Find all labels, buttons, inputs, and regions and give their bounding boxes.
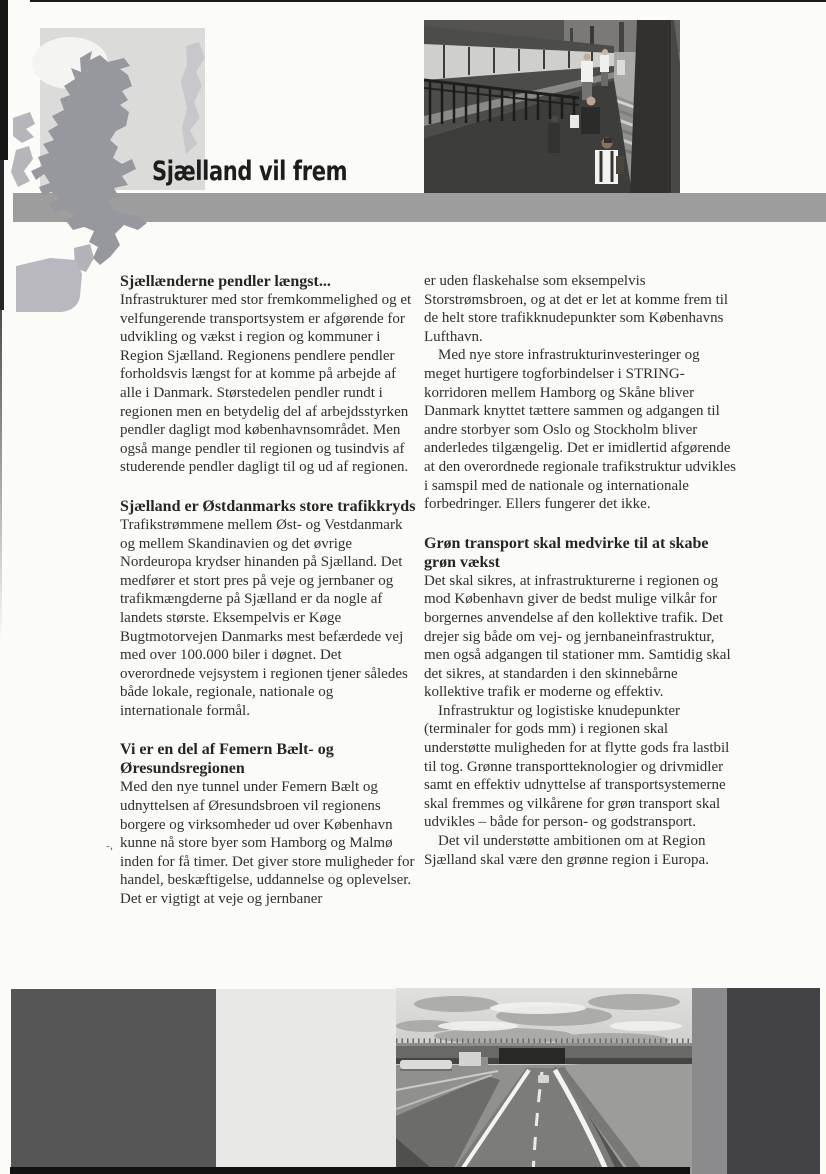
footer-medium-column — [692, 988, 727, 1174]
text-column-right: er uden flaskehalse som eksempelvis Stor… — [424, 272, 738, 889]
margin-scan-artifact: -, — [105, 840, 113, 853]
section-heading: Sjælland er Østdanmarks store trafikkryd… — [120, 497, 416, 516]
scan-mark-left-edge — [0, 310, 2, 640]
paragraph: Infrastruktur og logistiske knudepunkter… — [424, 702, 738, 832]
text-section: er uden flaskehalse som eksempelvis Stor… — [424, 272, 738, 514]
page-title: Sjælland vil frem — [152, 156, 347, 187]
section-heading: Vi er en del af Femern Bælt- og Øresunds… — [120, 740, 416, 778]
footer-light-block — [216, 989, 396, 1174]
paragraph: Med den nye tunnel under Femern Bælt og … — [120, 778, 416, 908]
section-heading: Sjællænderne pendler længst... — [120, 272, 416, 291]
paragraph: Infrastrukturer med stor fremkommelighed… — [120, 291, 416, 477]
train-platform-photo — [424, 20, 680, 193]
section-heading: Grøn transport skal medvirke til at skab… — [424, 534, 738, 572]
paragraph: Det vil understøtte ambitionen om at Reg… — [424, 832, 738, 869]
footer-dark-block — [11, 989, 216, 1174]
text-column-left: Sjællænderne pendler længst...Infrastruk… — [120, 272, 416, 929]
text-section: Sjællænderne pendler længst...Infrastruk… — [120, 272, 416, 477]
text-section: Grøn transport skal medvirke til at skab… — [424, 534, 738, 870]
scan-mark-top-edge — [30, 0, 826, 2]
paragraph: er uden flaskehalse som eksempelvis Stor… — [424, 272, 738, 346]
motorway-bridge-photo — [396, 988, 692, 1174]
paragraph: Med nye store infrastrukturinvesteringer… — [424, 346, 738, 513]
paragraph: Det skal sikres, at infrastrukturerne i … — [424, 572, 738, 702]
scan-mark-bottom-edge — [10, 1167, 690, 1174]
footer-dark-column — [727, 988, 820, 1174]
text-section: Vi er en del af Femern Bælt- og Øresunds… — [120, 740, 416, 908]
paragraph: Trafikstrømmene mellem Øst- og Vestdanma… — [120, 516, 416, 721]
text-section: Sjælland er Østdanmarks store trafikkryd… — [120, 497, 416, 721]
scanned-page: Sjælland vil frem — [0, 0, 826, 1174]
